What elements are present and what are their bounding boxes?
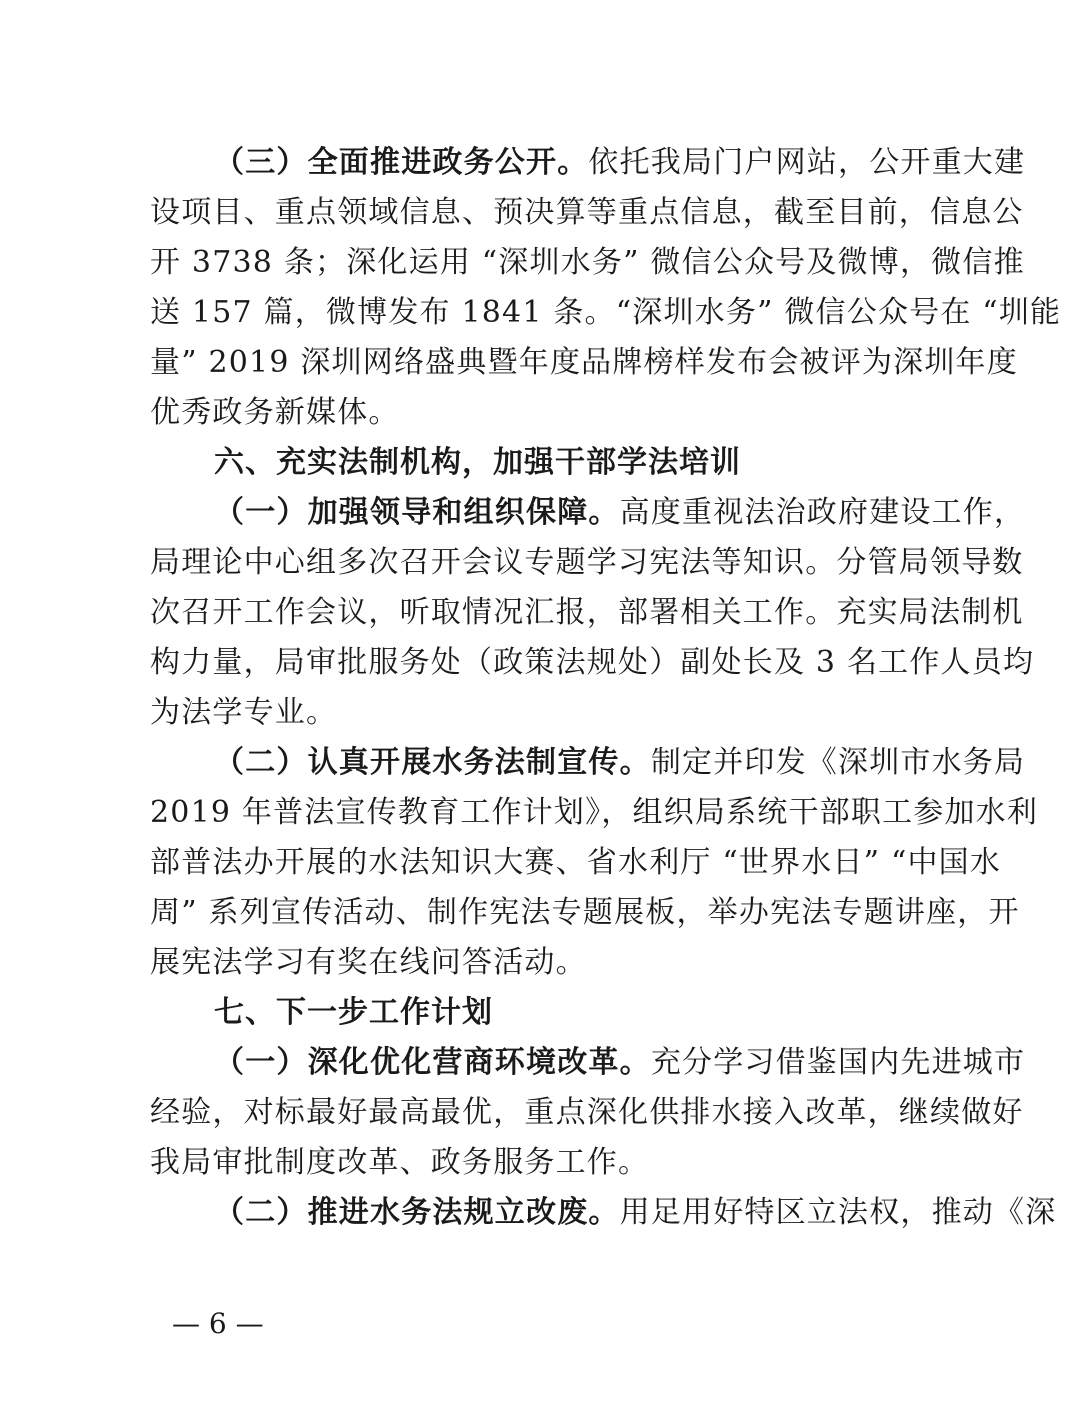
paragraph-legal-publicity: （二）认真开展水务法制宣传。制定并印发《深圳市水务局 2019 年普法宣传教育工… [150, 738, 942, 988]
paragraph-open-government: （三）全面推进政务公开。依托我局门户网站，公开重大建 设项目、重点领域信息、预决… [150, 138, 942, 438]
paragraph-first-line: （一）深化优化营商环境改革。充分学习借鉴国内先进城市 [150, 1038, 942, 1088]
section-heading-six: 六、充实法制机构，加强干部学法培训 [150, 438, 942, 488]
body-text: 高度重视法治政府建设工作， [620, 495, 1026, 530]
paragraph-water-regulations: （二）推进水务法规立改废。用足用好特区立法权，推动《深 [150, 1188, 942, 1238]
body-line: 经验，对标最好最高最优，重点深化供排水接入改革，继续做好 [150, 1088, 942, 1138]
subsection-title: （二）推进水务法规立改废。 [214, 1195, 620, 1230]
body-line: 次召开工作会议，听取情况汇报，部署相关工作。充实局法制机 [150, 588, 942, 638]
body-text: 制定并印发《深圳市水务局 [651, 745, 1025, 780]
body-line: 优秀政务新媒体。 [150, 388, 942, 438]
body-text: 用足用好特区立法权，推动《深 [620, 1195, 1057, 1230]
body-line: 为法学专业。 [150, 688, 942, 738]
body-line: 局理论中心组多次召开会议专题学习宪法等知识。分管局领导数 [150, 538, 942, 588]
subsection-title: （二）认真开展水务法制宣传。 [214, 745, 651, 780]
paragraph-first-line: （二）推进水务法规立改废。用足用好特区立法权，推动《深 [150, 1188, 942, 1238]
section-heading-seven: 七、下一步工作计划 [150, 988, 942, 1038]
body-line: 构力量，局审批服务处（政策法规处）副处长及 3 名工作人员均 [150, 638, 942, 688]
subsection-title: （一）加强领导和组织保障。 [214, 495, 620, 530]
body-line: 设项目、重点领域信息、预决算等重点信息，截至目前，信息公 [150, 188, 942, 238]
body-line: 展宪法学习有奖在线问答活动。 [150, 938, 942, 988]
body-line: 开 3738 条；深化运用 “深圳水务” 微信公众号及微博，微信推 [150, 238, 942, 288]
page-number: — 6 — [172, 1306, 264, 1342]
paragraph-business-environment: （一）深化优化营商环境改革。充分学习借鉴国内先进城市 经验，对标最好最高最优，重… [150, 1038, 942, 1188]
paragraph-leadership: （一）加强领导和组织保障。高度重视法治政府建设工作， 局理论中心组多次召开会议专… [150, 488, 942, 738]
body-line: 我局审批制度改革、政务服务工作。 [150, 1138, 942, 1188]
subsection-title: （三）全面推进政务公开。 [214, 145, 588, 180]
body-line: 部普法办开展的水法知识大赛、省水利厅 “世界水日” “中国水 [150, 838, 942, 888]
subsection-title: （一）深化优化营商环境改革。 [214, 1045, 651, 1080]
body-text: 依托我局门户网站，公开重大建 [588, 145, 1025, 180]
paragraph-first-line: （三）全面推进政务公开。依托我局门户网站，公开重大建 [150, 138, 942, 188]
body-line: 2019 年普法宣传教育工作计划》，组织局系统干部职工参加水利 [150, 788, 942, 838]
document-page: （三）全面推进政务公开。依托我局门户网站，公开重大建 设项目、重点领域信息、预决… [150, 138, 942, 1238]
paragraph-first-line: （一）加强领导和组织保障。高度重视法治政府建设工作， [150, 488, 942, 538]
body-line: 量” 2019 深圳网络盛典暨年度品牌榜样发布会被评为深圳年度 [150, 338, 942, 388]
body-line: 送 157 篇，微博发布 1841 条。“深圳水务” 微信公众号在 “圳能 [150, 288, 942, 338]
body-text: 充分学习借鉴国内先进城市 [651, 1045, 1025, 1080]
body-line: 周” 系列宣传活动、制作宪法专题展板，举办宪法专题讲座，开 [150, 888, 942, 938]
paragraph-first-line: （二）认真开展水务法制宣传。制定并印发《深圳市水务局 [150, 738, 942, 788]
